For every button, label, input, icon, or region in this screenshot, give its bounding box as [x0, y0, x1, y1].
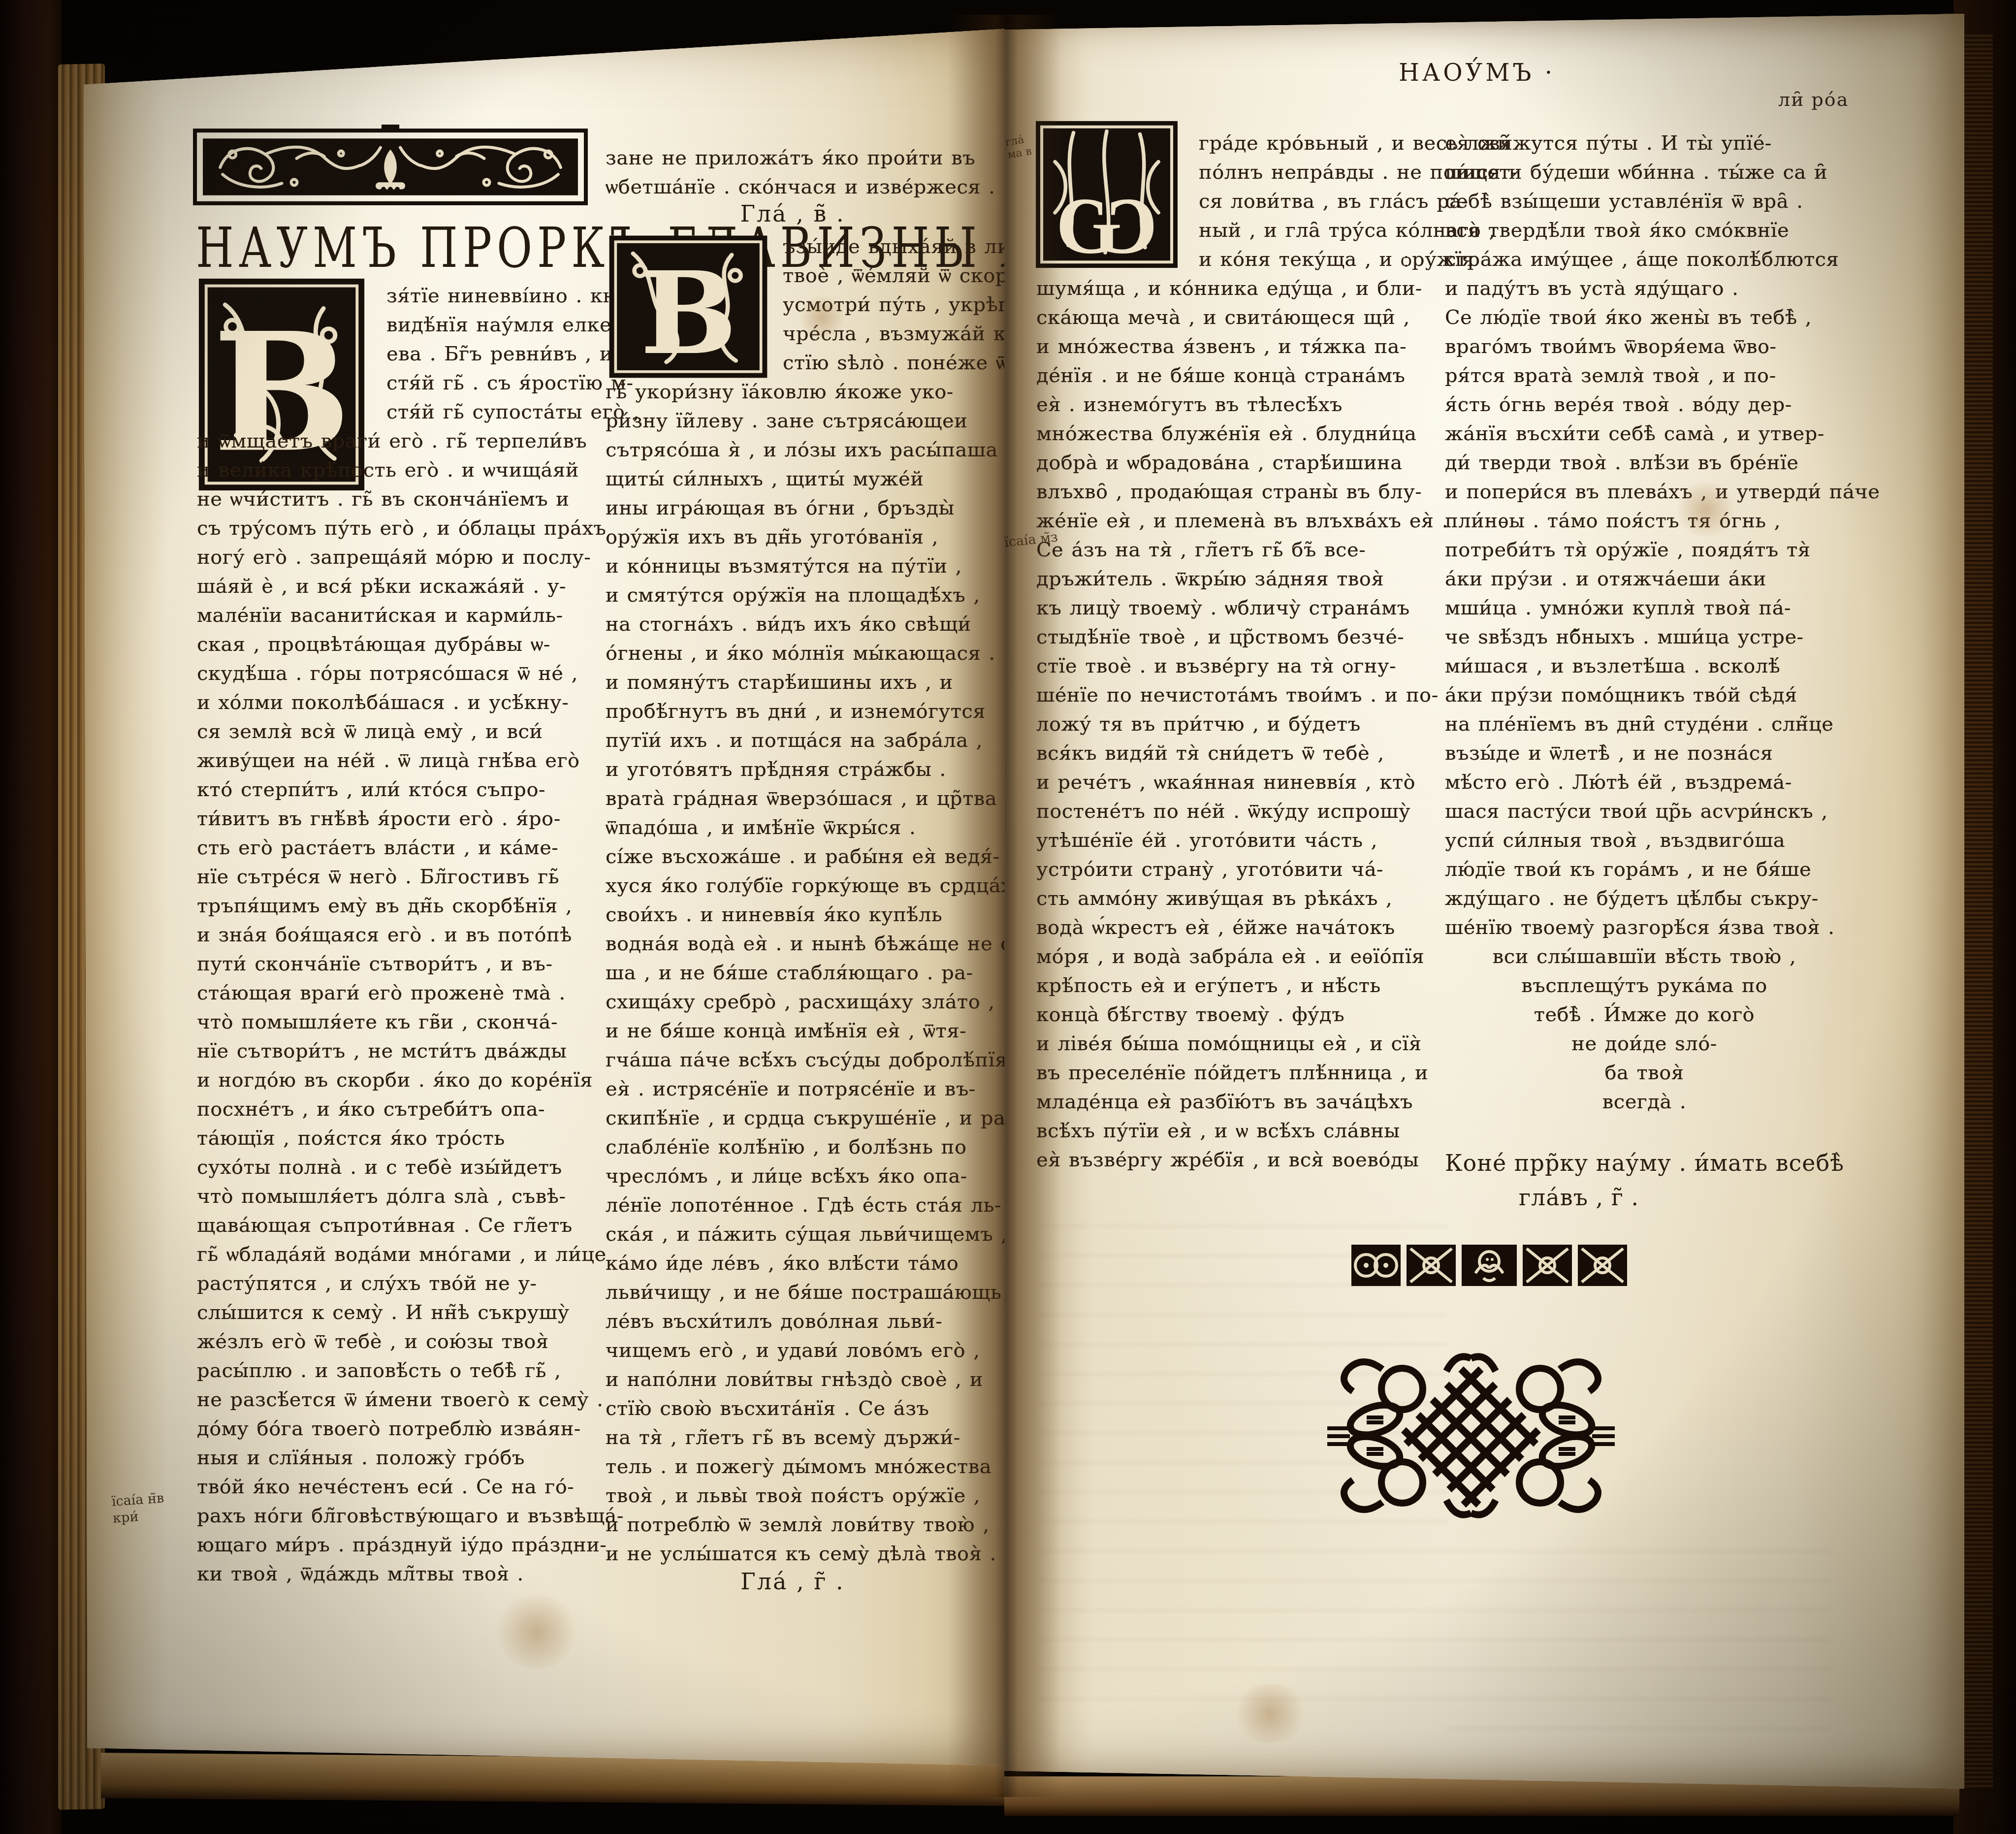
text-line: живу́щеи на не́й . ѿ лица̀ гнѣ́ва его̀ — [197, 746, 596, 775]
divider-ornament-band — [1351, 1241, 1627, 1290]
colophon-line-1: Коне́ прр̃ку нау́му . и́мать всебѣ̀ — [1445, 1150, 1844, 1176]
text-line: и смяту́тся ору́жїя на площадѣ́хъ , — [606, 581, 990, 610]
text-line: я́сть о́гнь вере́я твоя̀ . во́ду дер- — [1445, 390, 1844, 419]
tailpiece-knot-ornament — [1323, 1339, 1619, 1532]
text-line: на стогна́хъ . ви́дъ ихъ я́ко свѣщи́ — [606, 610, 990, 639]
text-line: слы́шится к сему̀ . И нн̃ѣ съкрушу̀ — [197, 1298, 596, 1327]
text-line: и не услы́шатся къ сему̀ дѣла̀ твоя̀ . — [606, 1540, 990, 1569]
text-line: и зна́я боя́щаяся его̀ . и въ пото́пѣ — [197, 921, 596, 950]
text-line: сть его̀ раста́етъ вла́сти , и ка́ме- — [197, 834, 596, 863]
text-line: льви́чищу , и не бя́ше постраша́ющь . — [606, 1278, 990, 1307]
text-line: жду́щаго . не бу́детъ цѣ́лбы съкру- — [1445, 884, 1844, 913]
text-line: конца̀ бѣ́гству твоему̀ . фу́дъ — [1036, 1000, 1450, 1030]
text-line: устро́ити страну̀ , угото́вити ча́- — [1036, 855, 1450, 884]
text-line: ти́витъ въ гнѣ́вѣ я́рости его̀ . я́ро- — [197, 804, 596, 834]
text-line: себѣ̀ взы́щеши уставле́нїя ѿ вра̑ . — [1445, 187, 1844, 216]
text-line: ея̀ . изнемо́гутъ въ тѣлесѣ́хъ — [1036, 390, 1450, 419]
text-line: шася пасту́си твои́ цр̃ь асѵри́нскъ , — [1445, 797, 1844, 826]
text-line: крѣ́пость ея̀ и егу́петъ , и нѣ́сть — [1036, 971, 1450, 1000]
text-line: ложу́ тя въ при́тчю , и бу́детъ — [1036, 710, 1450, 739]
text-line: Се а́зъ на тя̀ , гл̃етъ гь̃ бъ̃ все- — [1036, 536, 1450, 565]
text-line: къ лицу̀ твоему̀ . ѡбличу̀ страна́мъ — [1036, 594, 1450, 623]
text-line: стя́й гь̃ . съ я́ростїю м- — [386, 369, 596, 398]
text-line: же́нїе ея̀ , и племена̀ въ влъхва́хъ ея̀… — [1036, 507, 1450, 536]
photo-of-open-book: НАУМЪ ПРОРКЪ ГЛАВИЗНЫ А̃ В зя́тїе ниневв… — [0, 0, 2016, 1834]
left-page: НАУМЪ ПРОРКЪ ГЛАВИЗНЫ А̃ В зя́тїе ниневв… — [84, 27, 1004, 1772]
text-line: и паду́тъ въ уста̀ яду́щаго . — [1445, 274, 1844, 303]
text-line: тебѣ̀ . И́мже до кого̀ — [1445, 1000, 1844, 1030]
text-line: чре́сла , възмужа́й крѣ́по- — [783, 320, 990, 349]
text-line: де́нїя . и не бя́ше конца̀ страна́мъ — [1036, 361, 1450, 390]
text-line: ска́юща меча̀ , и свита́ющеся щи̑ , — [1036, 303, 1450, 332]
text-line: нїе сътвори́тъ , не мсти́тъ два́жды — [197, 1037, 596, 1066]
margin-cross-reference: їсаі́а н̃вкри́ — [111, 1490, 166, 1527]
text-line: а́ки пру́зи . и отяжча́еши а́ки — [1445, 565, 1844, 594]
text-line: сть аммо́ну живу́щая въ рѣка́хъ , — [1036, 884, 1450, 913]
text-line: усмотри́ пу́ть , укрѣпи́ — [783, 290, 990, 320]
text-line: пути́ сконча́нїе сътвори́тъ , и въ- — [197, 950, 596, 979]
text-line: на пле́нїемъ въ дни̑ студе́ни . слн̃це — [1445, 710, 1844, 739]
text-line: всегда̀ . — [1445, 1088, 1844, 1117]
text-line: дръжи́тель . ѿкры́ю за́дняя твоя̀ — [1036, 565, 1450, 594]
text-line: тръпя́щимъ ему̀ въ дн̃ь скорбѣ́нїя , — [197, 892, 596, 921]
text-line: ъзы́иде вдыха́яй в лицѐ — [783, 232, 990, 261]
colophon-line-2: гла́въ , г̃ . — [1519, 1184, 1639, 1211]
text-column-3: гра́де кро́вьный , и весь лжи̑по́лнъ неп… — [1036, 129, 1450, 1175]
text-line: гча́ша па́че всѣ́хъ съсу́ды добролѣ́пїя — [606, 1046, 990, 1075]
text-line: скудѣ́ша . го́ры потрясо́шася ѿ не́ , — [197, 659, 596, 688]
text-line: ева . Бг̃ъ ревни́въ , и м- — [386, 340, 596, 369]
text-line: пли́нѳы . та́мо поя́стъ тя о́гнь , — [1445, 507, 1844, 536]
text-line: и угото́вятъ прѣ́дняя стра́жбы . — [606, 755, 990, 784]
text-line: ба твоя̀ — [1445, 1059, 1844, 1088]
text-line: рахъ но́ги бл̃говѣству́ющаго и възвѣща́- — [197, 1502, 596, 1531]
text-line: ди́ тверди твоя̀ . влѣ́зи въ бре́нїе — [1445, 449, 1844, 478]
text-line: младе́нца ея̀ разбїю́тъ въ зача́цѣхъ — [1036, 1088, 1450, 1117]
text-line: мши́ца . умно́жи купля̀ твоя̀ па́- — [1445, 594, 1844, 623]
text-line: и рече́тъ , ѡкая́нная ниневві́я , кто̀ — [1036, 768, 1450, 797]
text-line: ногу́ его̀ . запреща́яй мо́рю и послу- — [197, 543, 596, 572]
text-line: и напо́лни лови́твы гнѣздо̀ своѐ , и — [606, 1365, 990, 1394]
interlace-knot-icon — [1323, 1339, 1619, 1532]
text-line: ка́мо и́де ле́въ , я́ко влѣ́сти та́мо — [606, 1249, 990, 1278]
text-line: гь̃ укори́зну їа́ковлю я́коже уко- — [606, 378, 990, 407]
cherub-fleuron-band-icon — [1351, 1241, 1627, 1290]
text-line: ша , и не бя́ше стабля́ющаго . ра- — [606, 959, 990, 988]
text-line: скипѣ́нїе , и срдца съкруше́нїе , и ра- — [606, 1104, 990, 1133]
text-line: и ко́нницы възмяту́тся на пу́тїи , — [606, 552, 990, 581]
text-column-4: ея̀ свя́жутся пу́ты . И ты̀ упїе́-шися и… — [1445, 129, 1844, 1117]
text-line: ный , и гла̑ тру́са ко́лнаго , — [1199, 216, 1450, 245]
right-page: НАОУ́МЪ · ли̑ ро́а Ѡ гла́ма в гра́де кро… — [1004, 14, 1964, 1792]
text-line: по́лнъ непра́вды . не пои́щет- — [1199, 158, 1450, 187]
text-line: мно́жества блуже́нїя ея̀ . блудни́ца — [1036, 419, 1450, 449]
text-line: утѣше́нїе е́й . угото́вити ча́сть , — [1036, 826, 1450, 855]
text-line: зя́тїе ниневві́ино . кни́ги — [386, 282, 596, 311]
text-line: та́ющїя , поя́стся я́ко тро́сть — [197, 1124, 596, 1153]
text-line: ющаго ми́ръ . пра́зднуй іу́до пра́здни- — [197, 1531, 596, 1560]
text-line: гь̃ ѡблада́яй вода́ми мно́гами , и ли́це — [197, 1240, 596, 1269]
text-line: мѣ́сто его̀ . Лю́тѣ е́й , въздрема́- — [1445, 768, 1844, 797]
text-line: постене́тъ по не́й . ѿку́ду испрошу̀ — [1036, 797, 1450, 826]
text-line: сътрясо́ша я̀ , и ло́зы ихъ расы́паша . — [606, 436, 990, 465]
text-line: ми́шася , и възлетѣ́ша . всколѣ́ — [1445, 652, 1844, 681]
text-line: и хо́лми поколѣба́шася . и усѣ́кну- — [197, 688, 596, 717]
headpiece-woodcut — [193, 124, 588, 209]
text-line: хуся я́ко голу́бїе горку́юще въ срдца́хъ — [606, 871, 990, 901]
text-line: лю́дїе твои́ къ гора́мъ , и не бя́ше — [1445, 855, 1844, 884]
text-line: успи́ си́лныя твоя̀ , въздвиго́ша — [1445, 826, 1844, 855]
text-line: зане не приложа́тъ я́ко прои́ти въ — [606, 144, 990, 173]
text-line: не разсѣ́ется ѿ и́мени твоего̀ к сему̀ . — [197, 1385, 596, 1415]
text-line: и потреблю̀ ѿ земля̀ лови́тву твою̀ , — [606, 1511, 990, 1540]
text-line: ше́нїю твоему̀ разгорѣ́ся я́зва твоя̀ . — [1445, 913, 1844, 942]
text-line: влъхво̑ , продаю́щая страны̀ въ блу- — [1036, 478, 1450, 507]
text-line: и ліве́я бы́ша помо́щницы ея̀ , и сїя̀ — [1036, 1030, 1450, 1059]
text-line: и не бя́ше конца̀ имѣ́нїя ея̀ , ѿтя- — [606, 1017, 990, 1046]
text-line: свои́хъ . и ниневві́я я́ко купѣ́ль — [606, 901, 990, 930]
text-line: на тя̀ , гл̃етъ гь̃ въ всему̀ държи́- — [606, 1423, 990, 1452]
text-line: потреби́тъ тя̀ ору́жїе , поядя́тъ тя̀ — [1445, 536, 1844, 565]
text-line: ша́яй ѐ , и вся́ рѣ́ки искажа́яй . у- — [197, 572, 596, 601]
text-line: что̀ помышля́ете къ гв̃и , сконча́- — [197, 1008, 596, 1037]
running-head: НАОУ́МЪ · — [1324, 59, 1630, 87]
text-line: схища́ху сребро̀ , расхища́ху зла́то , — [606, 988, 990, 1017]
text-line: ныя и слїя́ныя . положу̀ гро́бъ — [197, 1444, 596, 1473]
text-line: добра̀ и ѡбрадова́на , старѣ́ишина — [1036, 449, 1450, 478]
text-line: стя́й гь̃ супоста́ты его̀ , — [386, 398, 596, 427]
text-line: видѣ́нїя нау́мля елкесе́- — [386, 311, 596, 340]
text-line: ся земля̀ вся̀ ѿ лица̀ ему̀ , и вси́ — [197, 717, 596, 746]
text-line: мале́нїи васанити́ская и карми́ль- — [197, 601, 596, 630]
text-line: ея̀ . истрясе́нїе и потрясе́нїе и въ- — [606, 1075, 990, 1104]
text-line: ше́нїе по нечистота́мъ твои́мъ . и по- — [1036, 681, 1450, 710]
margin-note-chapter: гла́ма в — [1004, 132, 1033, 162]
text-line: щиты́ си́лныхъ , щиты́ муже́й — [606, 465, 990, 494]
text-line: и ногдо́ю въ скорби . я́ко до коре́нїя — [197, 1066, 596, 1095]
chapter-2-heading: Гла́ , в̃ . — [606, 200, 980, 227]
text-line: посхне́тъ , и я́ко сътреби́тъ опа- — [197, 1095, 596, 1124]
text-line: ея̀ свя́жутся пу́ты . И ты̀ упїе́- — [1445, 129, 1844, 158]
text-line: что̀ помышля́етъ до́лга ѕла̀ , съвѣ- — [197, 1182, 596, 1211]
text-line: вся́къ видя́й тя̀ сни́детъ ѿ тебѐ , — [1036, 739, 1450, 768]
text-line: ѡбетша́нїе . ско́нчася и изве́ржеся . — [606, 173, 990, 202]
text-line: гра́де кро́вьный , и весь лжи̑ — [1199, 129, 1450, 158]
text-line: о́гнены , и я́ко мо́лнїя мы́кающася . — [606, 639, 990, 668]
text-line: расту́пятся , и слу́хъ тво́й не у- — [197, 1269, 596, 1298]
text-line: и помяну́тъ старѣ́ишины ихъ , и — [606, 668, 990, 697]
text-line: вода̀ ѡ́крестъ ея̀ , е́йже нача́токъ — [1036, 913, 1450, 942]
text-line: че ѕвѣ́здъ нб̃ныхъ . мши́ца устре- — [1445, 623, 1844, 652]
text-line: съ тру́сомъ пу́ть его̀ , и о́блацы пра́х… — [197, 514, 596, 543]
text-line: и вели́ка крѣ́пость его̀ . и ѡчища́яй — [197, 456, 596, 485]
text-column-2: ъзы́иде вдыха́яй в лицѐтвоѐ , ѿе́мляй ѿ … — [606, 232, 990, 1569]
text-line: стра́жа иму́щее , а́ще поколѣ́блются — [1445, 245, 1844, 274]
text-line: стїю ѕѣло̀ . поне́же ѿврати́ — [783, 349, 990, 378]
text-line: ки твоя̀ , ѿда́ждь мл̃твы твоя̀ . — [197, 1560, 596, 1589]
text-line: и ко́ня теку́ща , и ѻру́жїя — [1199, 245, 1450, 274]
folio-number: ли̑ ро́а — [1778, 89, 1849, 110]
floral-scroll-band-icon — [193, 124, 588, 209]
text-line: стїю̀ свою̀ въсхита́нїя . Се а́зъ — [606, 1394, 990, 1423]
text-line: шися и бу́деши ѡби́нна . ты́же са и̑ — [1445, 158, 1844, 187]
text-line: възы́де и ѿлетѣ̀ , и не позна́ся — [1445, 739, 1844, 768]
text-line: путїи́ ихъ . и потща́ся на забра́ла , — [606, 726, 990, 755]
text-line: ле́въ въсхи́тилъ дово́лная льви́- — [606, 1307, 990, 1336]
text-line: врата̀ гра́дная ѿверзо́шася , и цр̃тва — [606, 784, 990, 813]
text-line: въсплещу́тъ рука́ма по — [1445, 971, 1844, 1000]
text-line: ся лови́тва , въ гла́съ ра́- — [1199, 187, 1450, 216]
text-line: всѣ́хъ пу́тїи ея̀ , и ѡ всѣ́хъ сла́вны — [1036, 1117, 1450, 1146]
text-line: и мно́жества я́звенъ , и тя́жка па- — [1036, 332, 1450, 361]
text-line: въ преселе́нїе по́йдетъ плѣ́нница , и — [1036, 1059, 1450, 1088]
text-line: кто́ стерпи́тъ , или́ кто́ся съпро- — [197, 775, 596, 804]
text-line: чищемъ его̀ , и удави́ лово́мъ его̀ , — [606, 1336, 990, 1365]
text-line: слабле́нїе колѣ́нїю , и болѣ́знь по — [606, 1133, 990, 1162]
text-line: ри́зну їи̃леву . зане сътряса́ющеи — [606, 407, 990, 436]
text-line: враго́мъ твои́мъ ѿворя́ема ѿво- — [1445, 332, 1844, 361]
text-line: ря́тся врата̀ земля̀ твоя̀ , и по- — [1445, 361, 1844, 390]
text-line: ору́жїя ихъ въ дн̃ь угото́ванїя , — [606, 523, 990, 552]
text-line: расы́плю . и заповѣ́сть о тебѣ̀ гь̃ , — [197, 1356, 596, 1385]
text-line: шумя́ща , и ко́нника еду́ща , и бли- — [1036, 274, 1450, 303]
text-line: жа́нїя въсхи́ти себѣ̀ сама̀ , и утвер- — [1445, 419, 1844, 449]
text-line: вси слы́шавшїи вѣ́сть твою̀ , — [1445, 942, 1844, 971]
text-column-2-top: зане не приложа́тъ я́ко прои́ти въѡбетша… — [606, 144, 990, 202]
text-line: же́злъ его̀ ѿ тебѐ , и сою́зы твоя̀ — [197, 1327, 596, 1356]
text-line: пробѣ́гнутъ въ дни́ , и изнемо́гутся — [606, 697, 990, 726]
text-line: до́му бо́га твоего̀ потреблю̀ изва́ян- — [197, 1415, 596, 1444]
text-line: стыдѣ́нїе твоѐ , и цр̃ствомъ безче́- — [1036, 623, 1450, 652]
text-line: тель . и пожегу̀ ды́момъ мно́жества — [606, 1452, 990, 1481]
text-column-1: зя́тїе ниневві́ино . кни́гивидѣ́нїя нау́… — [197, 282, 596, 1589]
text-line: сі́же въсхожа́ше . и рабы́ня ея̀ ведя́- — [606, 842, 990, 871]
text-line: кри́ — [112, 1507, 165, 1527]
text-line: не ѡчи́ститъ . гь̃ въ сконча́нїемъ и — [197, 485, 596, 514]
text-line: и попери́ся въ плева́хъ , и утверди́ па́… — [1445, 478, 1844, 507]
text-line: водна́я вода̀ ея̀ . и нынѣ бѣжа́ще не ст… — [606, 930, 990, 959]
text-line: Се лю́дїе твои́ я́ко жены̀ въ тебѣ̀ , — [1445, 303, 1844, 332]
text-line: ѿпадо́ша , и имѣ́нїе ѿкры́ся . — [606, 813, 990, 842]
text-line: щава́ющая съпроти́вная . Се гл̃етъ — [197, 1211, 596, 1240]
text-line: чресло́мъ , и ли́це всѣ́хъ я́ко опа- — [606, 1162, 990, 1191]
text-line: ины игра́ющая въ о́гни , бръзды̀ — [606, 494, 990, 523]
text-line: и ѿмща́етъ враги́ его̀ . гь̃ терпели́въ — [197, 427, 596, 456]
text-line: тво́й я́ко нече́стенъ еси́ . Се на го́- — [197, 1473, 596, 1502]
text-line: нїе сътре́ся ѿ него̀ . Бл̃гостивъ гь̃ — [197, 863, 596, 892]
text-line: мо́ря , и вода̀ забра́ла ея̀ . и еѳїо́пї… — [1036, 942, 1450, 971]
text-line: а́ки пру́зи помо́щникъ тво́й сѣдя́ — [1445, 681, 1844, 710]
text-line: стїе твоѐ . и възве́ргу на тя̀ ѻгну- — [1036, 652, 1450, 681]
verso-show-through — [1447, 1550, 1831, 1757]
text-line: ска́я , и па́жить су́щая льви́чищемъ , — [606, 1220, 990, 1249]
text-line: твоѐ , ѿе́мляй ѿ скорбле́нїя . — [783, 261, 990, 290]
text-line: вся̀ твердѣ́ли твоя̀ я́ко смо́квнїе — [1445, 216, 1844, 245]
book-cover-spine — [0, 0, 62, 1834]
chapter-3-heading: Гла́ , г̃ . — [606, 1568, 980, 1595]
text-line: ста́ющая враги́ его̀ проженѐ тма̀ . — [197, 979, 596, 1008]
text-line: сухо́ты полна̀ . и с тебѐ изы́йдетъ — [197, 1153, 596, 1182]
text-line: не дои́де ѕло́- — [1445, 1030, 1844, 1059]
text-line: твоя̀ , и львы̀ твоя̀ поя́стъ ору́жїе , — [606, 1481, 990, 1511]
text-line: ле́нїе лопоте́нное . Гдѣ е́сть ста́я ль- — [606, 1191, 990, 1220]
text-line: ская , процвѣта́ющая дубра́вы ѡ- — [197, 630, 596, 659]
text-line: ея̀ възве́ргу жре́бїя , и вся̀ воево́ды — [1036, 1146, 1450, 1175]
